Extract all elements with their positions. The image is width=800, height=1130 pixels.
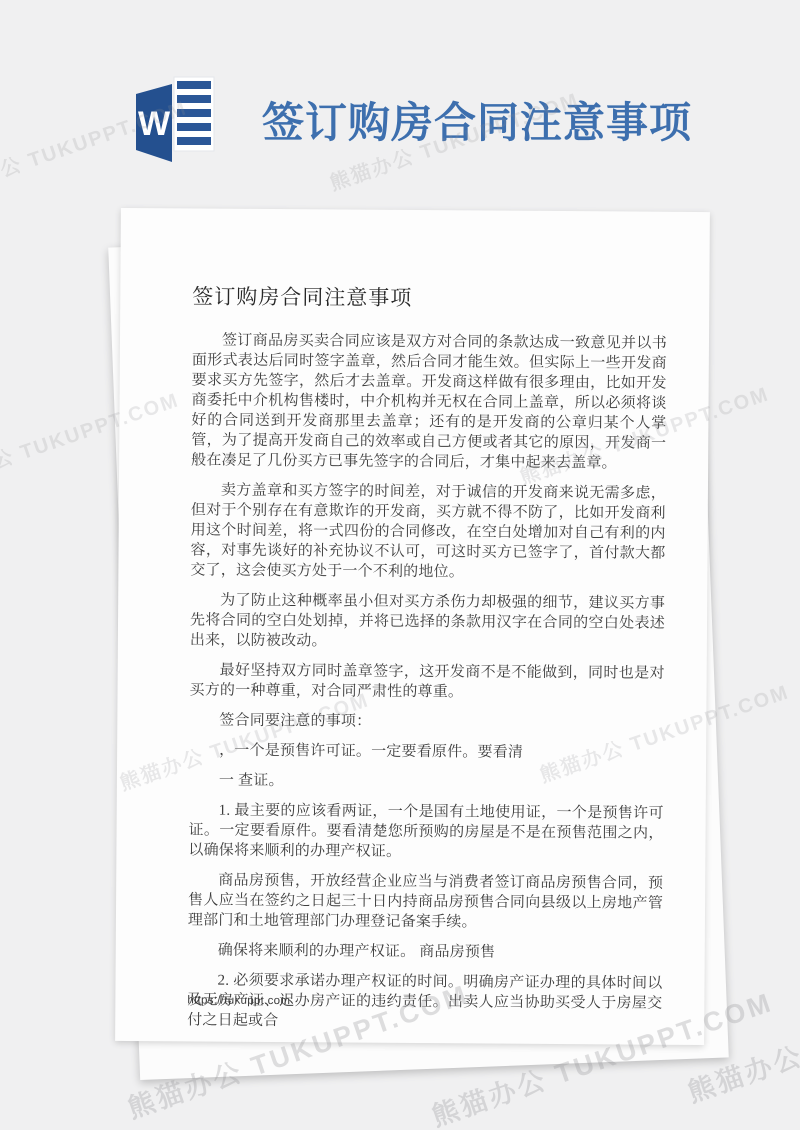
paragraph: 为了防止这种概率虽小但对买方杀伤力却极强的细节，建议买方事先将合同的空白处划掉，… — [190, 590, 665, 653]
document-footer-url: https://tukuppt.com — [187, 994, 290, 1007]
document-page: 签订购房合同注意事项 签订商品房买卖合同应该是双方对合同的条款达成一致意见并以书… — [115, 208, 710, 1045]
word-icon: W — [136, 72, 216, 164]
paragraph: 最好坚持双方同时盖章签字，这开发商不是不能做到，同时也是对买方的一种尊重，对合同… — [189, 660, 664, 703]
template-preview-screen: { "header": { "title": "签订购房合同注意事项", "ic… — [0, 0, 800, 1130]
document-body: 签订商品房买卖合同应该是双方对合同的条款达成一致意见并以书面形式表达后同时签字盖… — [187, 330, 667, 1033]
paragraph: ，一个是预售许可证。一定要看原件。要看清 — [189, 740, 664, 763]
paragraph: 签订商品房买卖合同应该是双方对合同的条款达成一致意见并以书面形式表达后同时签字盖… — [191, 330, 667, 473]
word-icon-letter: W — [138, 105, 171, 143]
paragraph: 确保将来顺利的办理产权证。 商品房预售 — [188, 940, 663, 963]
paragraph: 一 查证。 — [189, 770, 664, 793]
document-title: 签订购房合同注意事项 — [192, 280, 667, 313]
paragraph: 签合同要注意的事项： — [189, 710, 664, 733]
header: W 签订购房合同注意事项 — [0, 0, 800, 210]
paragraph: 商品房预售，开放经营企业应当与消费者签订商品房预售合同，预售人应当在签约之日起三… — [188, 870, 663, 933]
paragraph: 1. 最主要的应该看两证，一个是国有土地使用证，一个是预售许可证。一定要看原件。… — [188, 800, 663, 863]
paragraph: 卖方盖章和买方签字的时间差，对于诚信的开发商来说无需多虑，但对于个别存在有意欺诈… — [190, 480, 666, 583]
page-title: 签订购房合同注意事项 — [262, 90, 692, 150]
